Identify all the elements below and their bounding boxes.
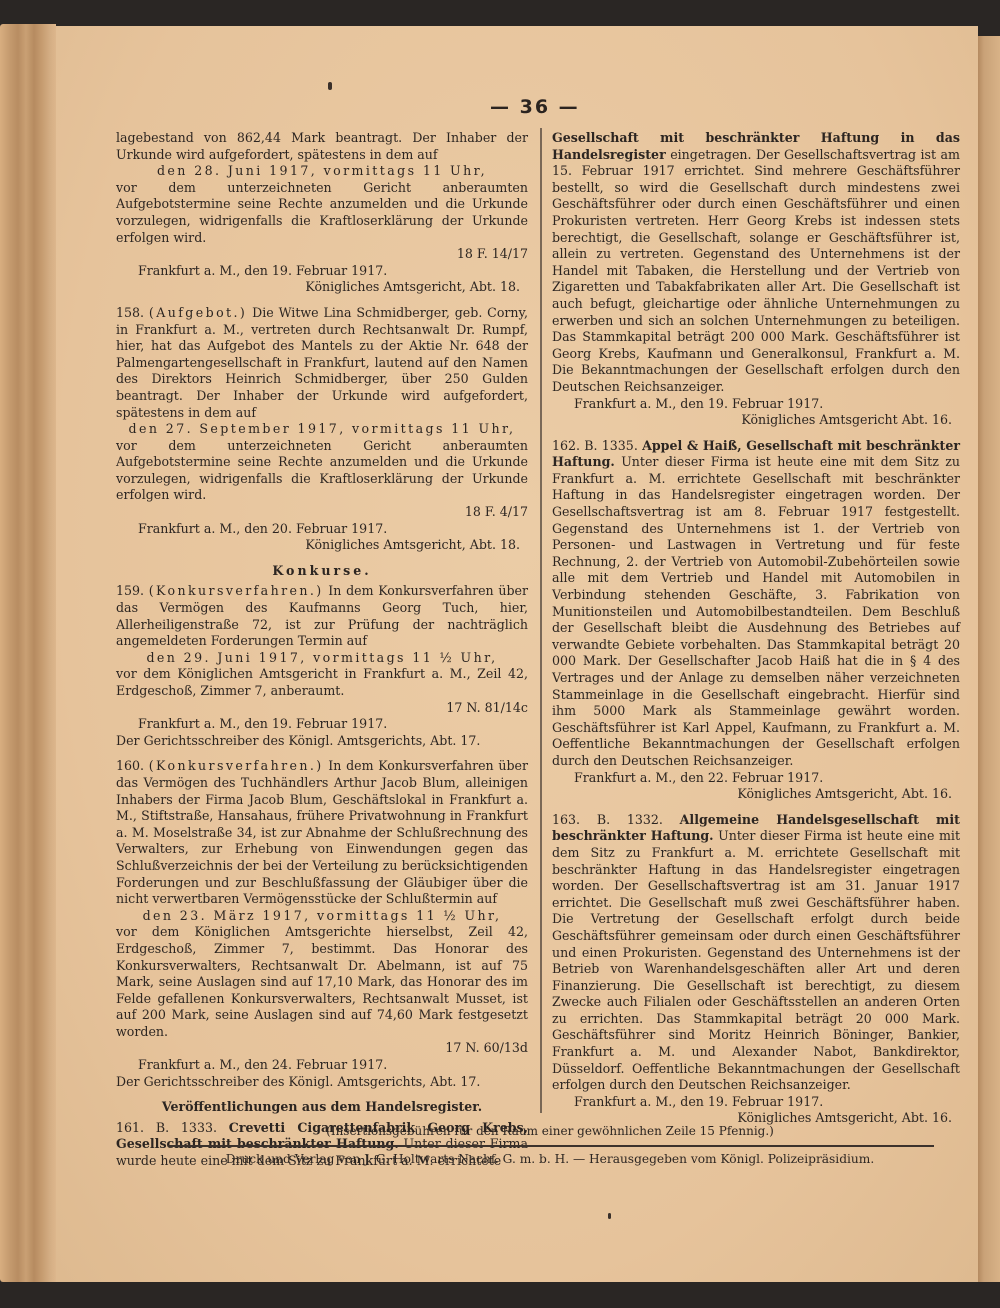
insertion-fee-note: (Insertionsgebühren für den Raum einer g… — [170, 1124, 930, 1138]
signature: Königliches Amtsgericht, Abt. 18. — [116, 279, 528, 296]
hearing-date: den 28. Juni 1917, vormittags 11 Uhr, — [116, 163, 528, 180]
entry-continuation: lagebestand von 862,44 Mark beantragt. D… — [116, 130, 528, 296]
place-date: Frankfurt a. M., den 24. Februar 1917. — [116, 1057, 528, 1074]
entry-text: 158. (Aufgebot.) Die Witwe Lina Schmidbe… — [116, 305, 528, 421]
entry-text: 159. (Konkursverfahren.) In dem Konkursv… — [116, 583, 528, 649]
hearing-date: den 27. September 1917, vormittags 11 Uh… — [116, 421, 528, 438]
signature: Königliches Amtsgericht, Abt. 18. — [116, 537, 528, 554]
place-date: Frankfurt a. M., den 19. Februar 1917. — [116, 716, 528, 733]
footer-rule — [168, 1145, 934, 1147]
section-heading-handelsregister: Veröffentlichungen aus dem Handelsregist… — [116, 1099, 528, 1116]
paper-speck — [608, 1213, 611, 1219]
signature: Königliches Amtsgericht Abt. 16. — [552, 412, 960, 429]
register-number: B. 1335. — [584, 438, 638, 453]
entry-159: 159. (Konkursverfahren.) In dem Konkursv… — [116, 583, 528, 749]
signature: Der Gerichtsschreiber des Königl. Amtsge… — [116, 1074, 528, 1091]
case-reference: 18 F. 4/17 — [465, 504, 528, 521]
place-date: Frankfurt a. M., den 19. Februar 1917. — [116, 263, 528, 280]
reference-line: 18 F. 14/17 — [116, 246, 528, 263]
entry-number: 159. — [116, 583, 144, 598]
book-page-edges — [0, 24, 56, 1282]
right-column: Gesellschaft mit beschränkter Haftung in… — [552, 130, 960, 1136]
place-date: Frankfurt a. M., den 19. Februar 1917. — [552, 396, 960, 413]
left-column: lagebestand von 862,44 Mark beantragt. D… — [116, 130, 528, 1179]
entry-158: 158. (Aufgebot.) Die Witwe Lina Schmidbe… — [116, 305, 528, 554]
entry-163: 163. B. 1332. Allgemeine Handelsgesellsc… — [552, 812, 960, 1127]
entry-text: 163. B. 1332. Allgemeine Handelsgesellsc… — [552, 812, 960, 1094]
entry-body: vor dem unterzeichneten Gericht anberaum… — [116, 438, 528, 504]
entry-number: 161. — [116, 1120, 144, 1135]
entry-number: 160. — [116, 758, 144, 773]
entry-text: Gesellschaft mit beschränkter Haftung in… — [552, 130, 960, 396]
entry-number: 163. — [552, 812, 580, 827]
hearing-date: den 29. Juni 1917, vormittags 11 ½ Uhr, — [116, 650, 528, 667]
facing-page-edge — [978, 36, 1000, 1282]
column-divider — [540, 128, 542, 1113]
reference-line: 17 N. 60/13d — [116, 1040, 528, 1057]
entry-kind: (Konkursverfahren.) — [149, 583, 324, 598]
page-number: — 36 — — [490, 96, 590, 118]
reference-line: 18 F. 4/17 — [116, 504, 528, 521]
case-reference: 17 N. 60/13d — [445, 1040, 528, 1057]
entry-number: 158. — [116, 305, 144, 320]
place-date: Frankfurt a. M., den 19. Februar 1917. — [552, 1094, 960, 1111]
entry-text: 160. (Konkursverfahren.) In dem Konkursv… — [116, 758, 528, 907]
reference-line: 17 N. 81/14c — [116, 700, 528, 717]
entry-text: 162. B. 1335. Appel & Haiß, Gesellschaft… — [552, 438, 960, 770]
signature: Königliches Amtsgericht, Abt. 16. — [552, 786, 960, 803]
entry-text: lagebestand von 862,44 Mark beantragt. D… — [116, 130, 528, 163]
entry-162: 162. B. 1335. Appel & Haiß, Gesellschaft… — [552, 438, 960, 803]
case-reference: 18 F. 14/17 — [457, 246, 528, 263]
paper-speck — [328, 82, 332, 90]
place-date: Frankfurt a. M., den 20. Februar 1917. — [116, 521, 528, 538]
entry-body: vor dem unterzeichneten Gericht anberaum… — [116, 180, 528, 246]
register-number: B. 1332. — [597, 812, 663, 827]
section-heading-konkurse: Konkurse. — [116, 563, 528, 580]
entry-body: vor dem Königlichen Amtsgericht in Frank… — [116, 666, 528, 699]
publisher-imprint: Druck und Verlag von J. G. Holtwarts Nac… — [160, 1152, 940, 1166]
entry-body: vor dem Königlichen Amtsgerichte hiersel… — [116, 924, 528, 1040]
entry-161-continued: Gesellschaft mit beschränkter Haftung in… — [552, 130, 960, 429]
entry-number: 162. — [552, 438, 580, 453]
case-reference: 17 N. 81/14c — [446, 700, 528, 717]
hearing-date: den 23. März 1917, vormittags 11 ½ Uhr, — [116, 908, 528, 925]
signature: Der Gerichtsschreiber des Königl. Amtsge… — [116, 733, 528, 750]
place-date: Frankfurt a. M., den 22. Februar 1917. — [552, 770, 960, 787]
entry-160: 160. (Konkursverfahren.) In dem Konkursv… — [116, 758, 528, 1090]
entry-kind: (Konkursverfahren.) — [149, 758, 324, 773]
entry-kind: (Aufgebot.) — [149, 305, 247, 320]
